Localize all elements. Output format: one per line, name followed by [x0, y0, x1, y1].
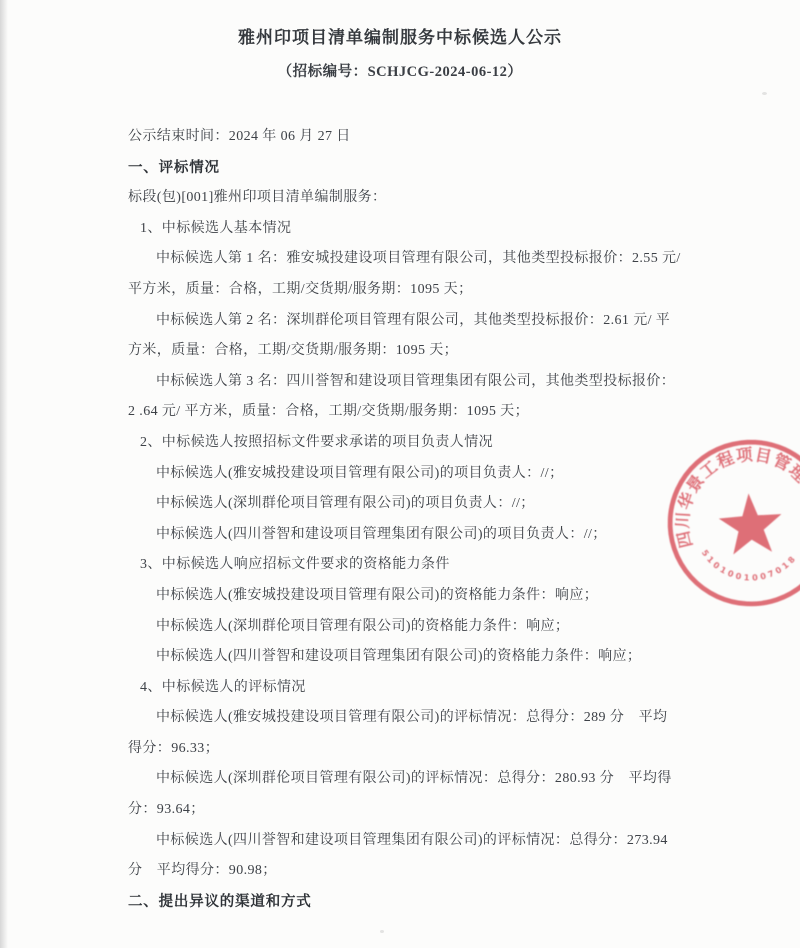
doc-line: 中标候选人(四川誉智和建设项目管理集团有限公司)的评标情况：总得分：273.94: [128, 826, 680, 857]
doc-line: 1、中标候选人基本情况: [128, 214, 680, 245]
seal-serial-text: 5101001007018: [698, 547, 799, 585]
document-body: 公示结束时间：2024 年 06 月 27 日一、评标情况标段(包)[001]雅…: [128, 122, 680, 917]
doc-line: 平方米，质量：合格，工期/交货期/服务期：1095 天；: [128, 275, 680, 306]
doc-line: 中标候选人第 2 名：深圳群伦项目管理有限公司，其他类型投标报价：2.61 元/…: [128, 306, 680, 337]
doc-line: 方米，质量：合格，工期/交货期/服务期：1095 天；: [128, 336, 680, 367]
document-page: 雅州印项目清单编制服务中标候选人公示 （招标编号：SCHJCG-2024-06-…: [0, 0, 800, 948]
seal-ring: [666, 438, 800, 608]
doc-line: 3、中标候选人响应招标文件要求的资格能力条件: [128, 550, 680, 581]
doc-line: 中标候选人(雅安城投建设项目管理有限公司)的评标情况：总得分：289 分 平均: [128, 703, 680, 734]
doc-line: 2 .64 元/ 平方米，质量：合格，工期/交货期/服务期：1095 天；: [128, 397, 680, 428]
doc-line: 标段(包)[001]雅州印项目清单编制服务：: [128, 183, 680, 214]
doc-line: 中标候选人(雅安城投建设项目管理有限公司)的项目负责人：//；: [128, 459, 680, 490]
doc-line: 中标候选人(深圳群伦项目管理有限公司)的评标情况：总得分：280.93 分 平均…: [128, 764, 680, 795]
doc-line: 得分：96.33；: [128, 734, 680, 765]
doc-line: 中标候选人(四川誉智和建设项目管理集团有限公司)的项目负责人：//；: [128, 520, 680, 551]
scan-artifact-speck: [762, 92, 767, 95]
seal-star-icon: [717, 491, 784, 555]
document-header: 雅州印项目清单编制服务中标候选人公示 （招标编号：SCHJCG-2024-06-…: [0, 0, 800, 89]
doc-line: 中标候选人(四川誉智和建设项目管理集团有限公司)的资格能力条件：响应；: [128, 642, 680, 673]
doc-line: 中标候选人(深圳群伦项目管理有限公司)的项目负责人：//；: [128, 489, 680, 520]
scanned-notice-screenshot: { "document": { "title": "雅州印项目清单编制服务中标候…: [0, 0, 800, 948]
scan-edge-shadow: [0, 0, 8, 948]
company-seal-stamp: 四川华景工程项目管理有限公司 5101001007018: [664, 436, 800, 610]
doc-line: 中标候选人第 3 名：四川誉智和建设项目管理集团有限公司，其他类型投标报价：: [128, 367, 680, 398]
doc-line: 中标候选人(雅安城投建设项目管理有限公司)的资格能力条件：响应；: [128, 581, 680, 612]
doc-line: 2、中标候选人按照招标文件要求承诺的项目负责人情况: [128, 428, 680, 459]
seal-company-text: 四川华景工程项目管理有限公司: [672, 441, 800, 557]
document-title: 雅州印项目清单编制服务中标候选人公示: [0, 21, 800, 55]
section-heading-line: 一、评标情况: [128, 153, 680, 184]
scan-artifact-speck: [380, 930, 384, 933]
doc-line: 公示结束时间：2024 年 06 月 27 日: [128, 122, 680, 153]
section-heading-line: 二、提出异议的渠道和方式: [128, 887, 680, 918]
doc-line: 分：93.64；: [128, 795, 680, 826]
doc-line: 中标候选人(深圳群伦项目管理有限公司)的资格能力条件：响应；: [128, 612, 680, 643]
doc-line: 中标候选人第 1 名：雅安城投建设项目管理有限公司，其他类型投标报价：2.55 …: [128, 244, 680, 275]
doc-line: 分 平均得分：90.98；: [128, 856, 680, 887]
doc-line: 4、中标候选人的评标情况: [128, 673, 680, 704]
document-subtitle: （招标编号：SCHJCG-2024-06-12）: [0, 55, 800, 89]
